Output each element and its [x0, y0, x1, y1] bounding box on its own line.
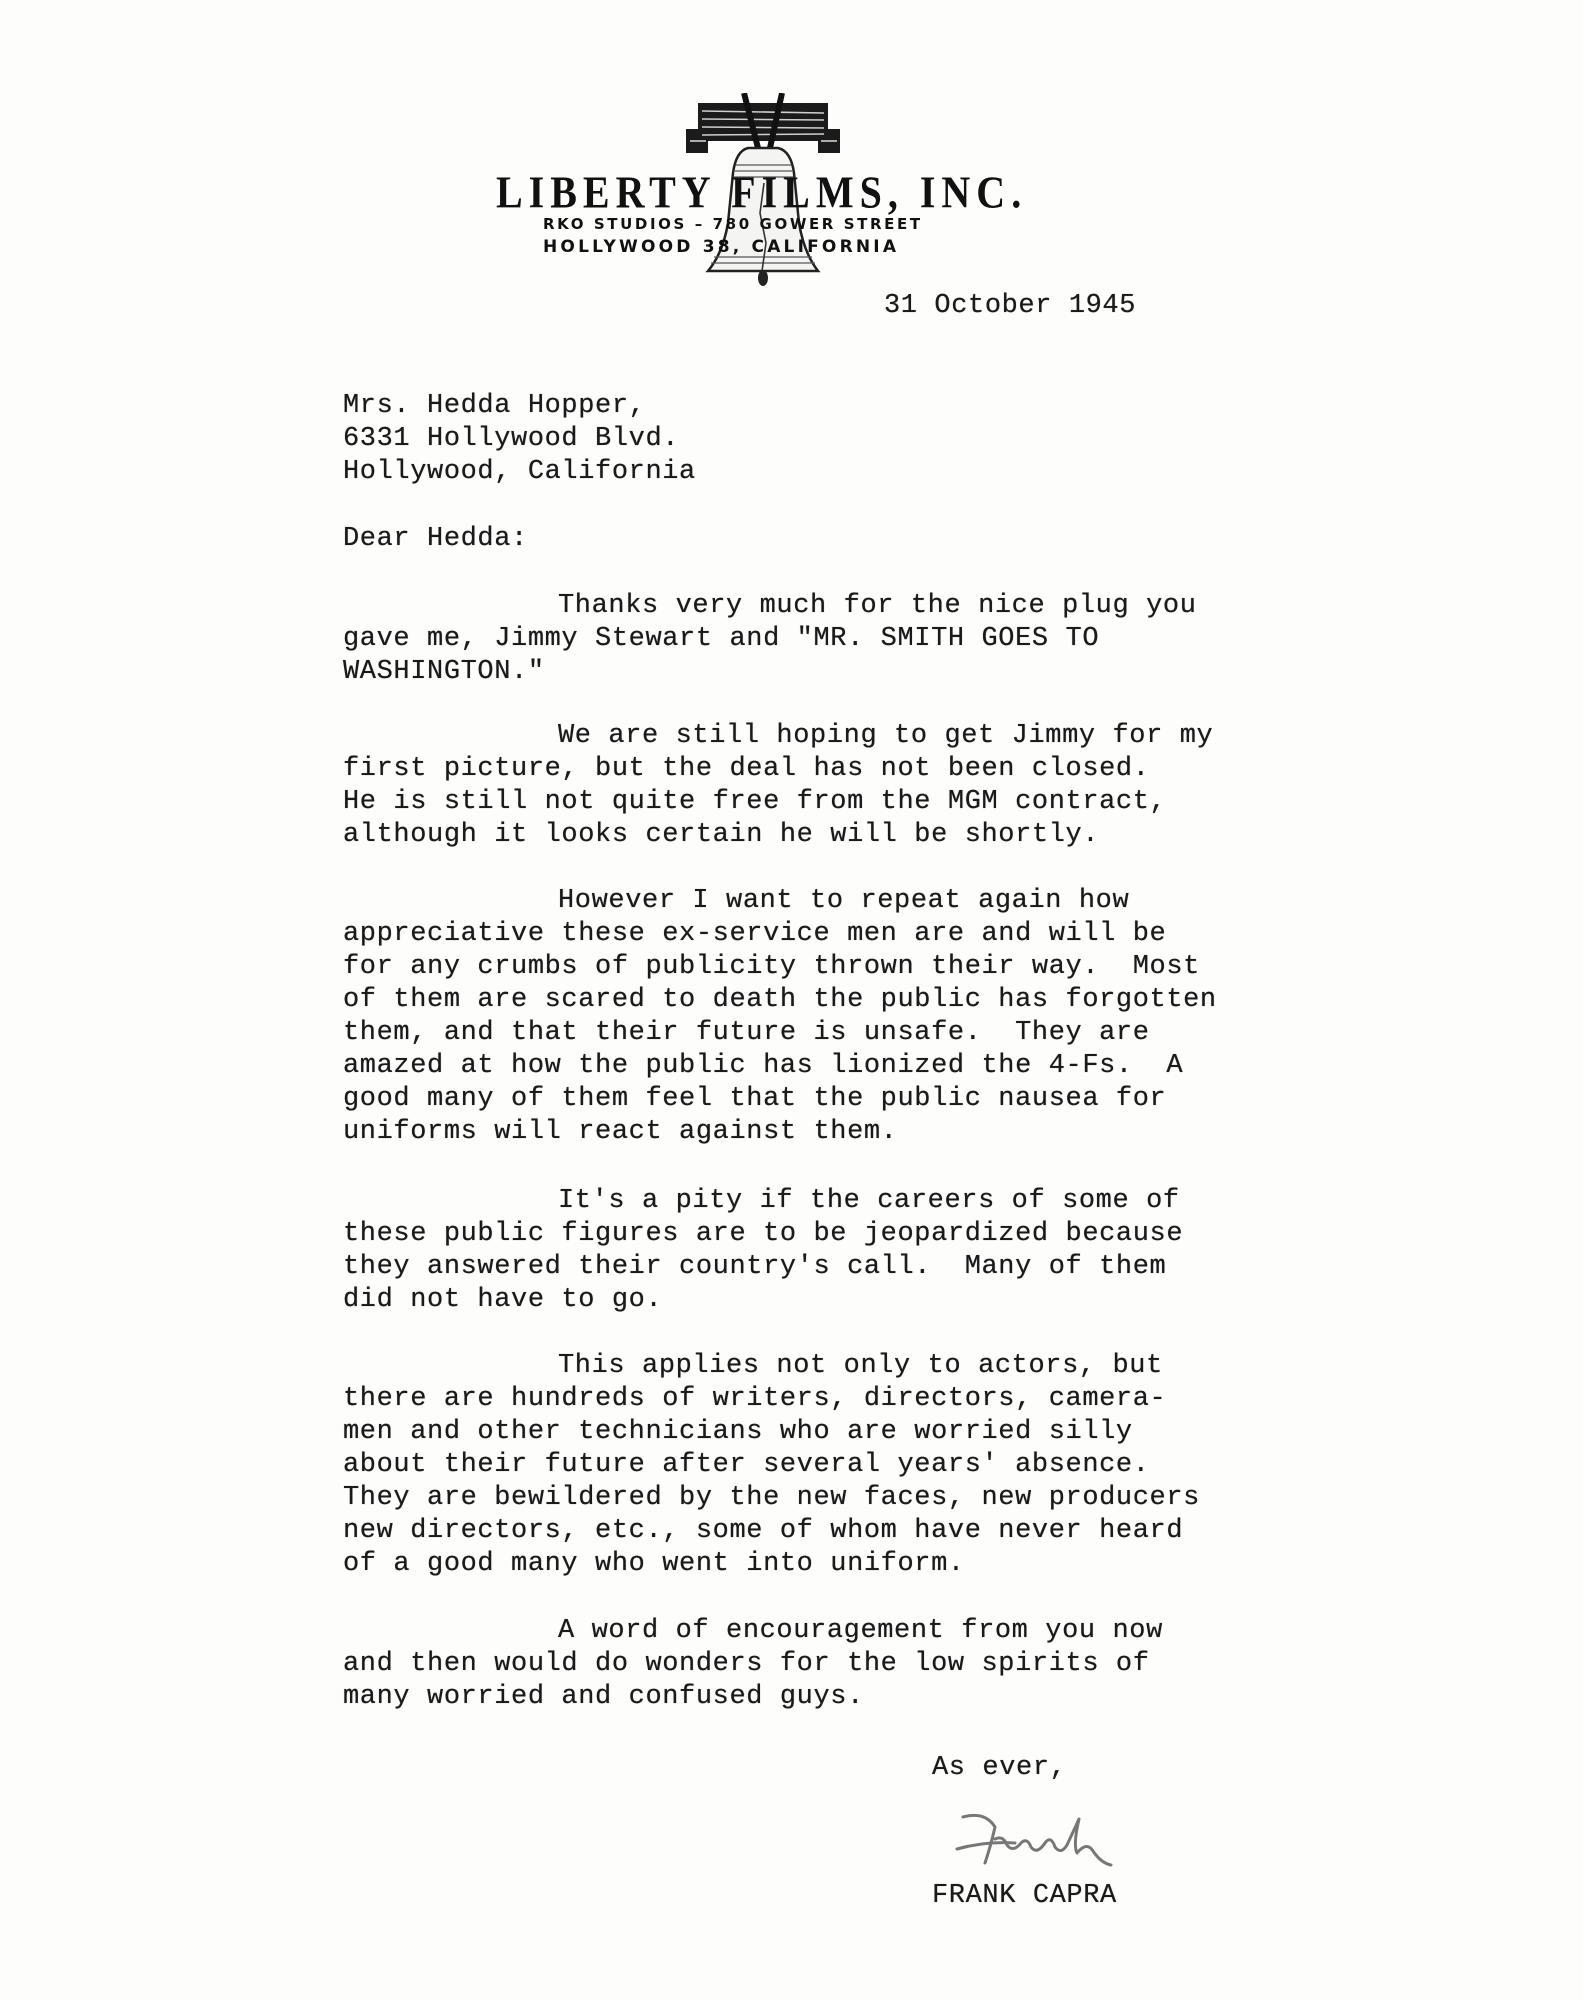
complimentary-close: As ever, [932, 1752, 1066, 1785]
paragraph-line: did not have to go. [343, 1284, 1443, 1317]
body-paragraph: However I want to repeat again howapprec… [343, 885, 1443, 1149]
paragraph-line: and then would do wonders for the low sp… [343, 1648, 1443, 1681]
salutation: Dear Hedda: [343, 523, 528, 556]
paragraph-line: appreciative these ex-service men are an… [343, 918, 1443, 951]
paragraph-line: good many of them feel that the public n… [343, 1083, 1443, 1116]
paragraph-line: about their future after several years' … [343, 1449, 1443, 1482]
paragraph-line: Thanks very much for the nice plug you [343, 590, 1443, 623]
handwritten-signature-icon [955, 1805, 1125, 1875]
paragraph-line: new directors, etc., some of whom have n… [343, 1515, 1443, 1548]
body-paragraph: We are still hoping to get Jimmy for myf… [343, 720, 1443, 852]
paragraph-line: of them are scared to death the public h… [343, 984, 1443, 1017]
body-paragraph: It's a pity if the careers of some ofthe… [343, 1185, 1443, 1317]
paragraph-line: This applies not only to actors, but [343, 1350, 1443, 1383]
body-paragraph: This applies not only to actors, butther… [343, 1350, 1443, 1581]
letter-date: 31 October 1945 [884, 290, 1136, 323]
paragraph-line: amazed at how the public has lionized th… [343, 1050, 1443, 1083]
company-name: LIBERTY FILMS, INC. [496, 165, 1036, 219]
paragraph-line: they answered their country's call. Many… [343, 1251, 1443, 1284]
paragraph-line: these public figures are to be jeopardiz… [343, 1218, 1443, 1251]
body-paragraph: Thanks very much for the nice plug youga… [343, 590, 1443, 689]
signer-name: FRANK CAPRA [932, 1880, 1117, 1913]
paragraph-line: WASHINGTON." [343, 656, 1443, 689]
paragraph-line: men and other technicians who are worrie… [343, 1416, 1443, 1449]
paragraph-line: gave me, Jimmy Stewart and "MR. SMITH GO… [343, 623, 1443, 656]
paragraph-line: of a good many who went into uniform. [343, 1548, 1443, 1581]
company-address-street: RKO STUDIOS – 780 GOWER STREET [543, 215, 923, 233]
paragraph-line: for any crumbs of publicity thrown their… [343, 951, 1443, 984]
paragraph-line: We are still hoping to get Jimmy for my [343, 720, 1443, 753]
paragraph-line: there are hundreds of writers, directors… [343, 1383, 1443, 1416]
paragraph-line: They are bewildered by the new faces, ne… [343, 1482, 1443, 1515]
paragraph-line: them, and that their future is unsafe. T… [343, 1017, 1443, 1050]
company-address-city: HOLLYWOOD 38, CALIFORNIA [543, 237, 899, 257]
letterhead: LIBERTY FILMS, INC. RKO STUDIOS – 780 GO… [0, 85, 1583, 295]
paragraph-line: uniforms will react against them. [343, 1116, 1443, 1149]
paragraph-line: although it looks certain he will be sho… [343, 819, 1443, 852]
paragraph-line: He is still not quite free from the MGM … [343, 786, 1443, 819]
inside-address: Mrs. Hedda Hopper,6331 Hollywood Blvd.Ho… [343, 390, 696, 489]
paragraph-line: It's a pity if the careers of some of [343, 1185, 1443, 1218]
paragraph-line: However I want to repeat again how [343, 885, 1443, 918]
paragraph-line: many worried and confused guys. [343, 1681, 1443, 1714]
recipient-city: Hollywood, California [343, 456, 696, 489]
recipient-name: Mrs. Hedda Hopper, [343, 390, 696, 423]
body-paragraph: A word of encouragement from you nowand … [343, 1615, 1443, 1714]
paragraph-line: first picture, but the deal has not been… [343, 753, 1443, 786]
paragraph-line: A word of encouragement from you now [343, 1615, 1443, 1648]
letter-page: LIBERTY FILMS, INC. RKO STUDIOS – 780 GO… [0, 0, 1583, 2000]
recipient-street: 6331 Hollywood Blvd. [343, 423, 696, 456]
